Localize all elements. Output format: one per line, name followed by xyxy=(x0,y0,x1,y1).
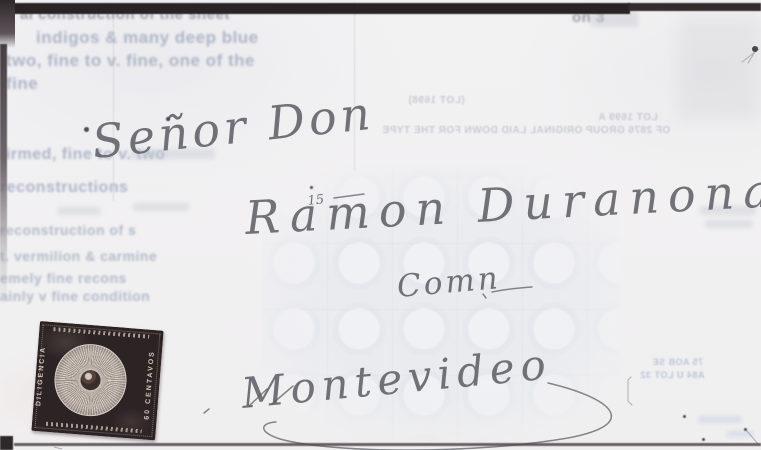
showthrough-line: reconstructions xyxy=(0,179,128,197)
showthrough-smudge xyxy=(133,203,189,211)
paper-crease xyxy=(354,2,355,170)
ink-speck xyxy=(702,438,705,441)
showthrough-mirrored-line: OF 2876 GROUP ORIGINAL LAID DOWN FOR THE… xyxy=(382,125,670,136)
showthrough-line: ainly v fine condition xyxy=(0,288,150,304)
showthrough-smudge xyxy=(698,416,742,423)
showthrough-mirrored-line: (LOT 1698) xyxy=(408,95,465,106)
showthrough-line: reconstruction of s xyxy=(0,222,136,238)
ink-speck xyxy=(683,415,686,418)
ink-speck xyxy=(84,127,89,132)
pen-mark xyxy=(54,447,62,449)
showthrough-smudge xyxy=(726,431,754,437)
scan-border-top xyxy=(628,3,761,11)
ink-speck xyxy=(166,117,170,121)
showthrough-smudge xyxy=(130,149,215,159)
showthrough-line: fine xyxy=(6,74,38,94)
showthrough-line: t. vermilion & carmine xyxy=(0,248,157,264)
scan-border-corner xyxy=(0,0,15,48)
diligencia-stamp: DILIGENCIA 60 CENTAVOS xyxy=(31,321,163,440)
showthrough-mirrored-line: A84 U LOT 32 xyxy=(640,370,705,380)
showthrough-stamp-sheet xyxy=(262,164,620,442)
showthrough-smudge xyxy=(57,207,101,215)
pen-mark xyxy=(204,409,209,413)
showthrough-mirrored-line: 75 AOB SE xyxy=(652,357,703,367)
scan-border-top xyxy=(12,3,630,14)
showthrough-line: emely fine recons xyxy=(0,270,127,286)
ink-speck xyxy=(310,186,313,189)
showthrough-line: two, fine to v. fine, one of the xyxy=(6,51,255,71)
showthrough-mirrored-line: LOT 1699 A xyxy=(598,112,658,123)
paper-shadow xyxy=(678,16,760,121)
envelope-scan: al construction of the sheet on 3 indigo… xyxy=(0,0,761,450)
scan-border-corner xyxy=(0,436,13,450)
ink-speck xyxy=(744,428,747,431)
showthrough-line: indigos & many deep blue xyxy=(36,28,259,48)
sun-face-icon xyxy=(80,369,102,391)
showthrough-smudge xyxy=(700,206,756,215)
showthrough-smudge xyxy=(705,220,753,228)
scan-border-left xyxy=(0,44,7,306)
envelope-bottom-edge xyxy=(14,443,761,446)
bracket-mark xyxy=(628,377,632,405)
